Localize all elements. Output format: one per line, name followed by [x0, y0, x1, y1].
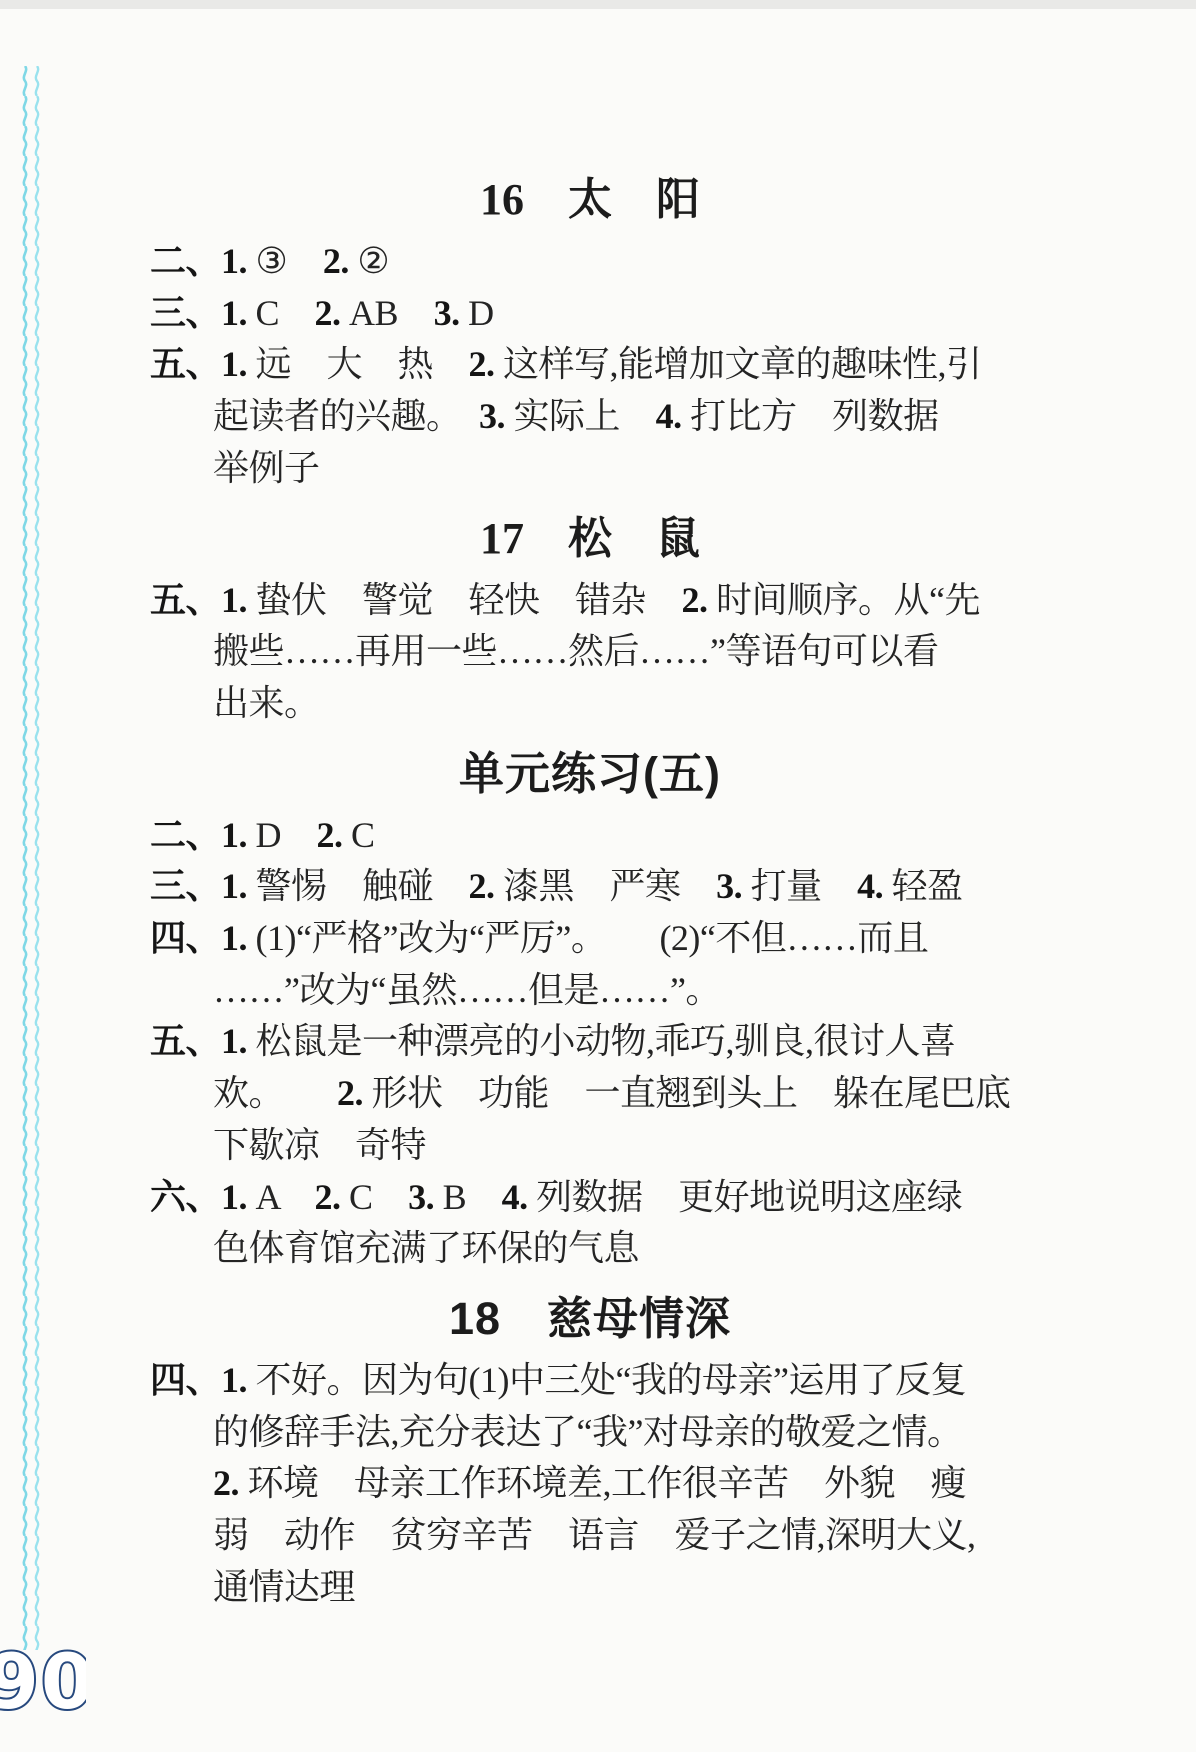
answer-line: 色体育馆充满了环保的气息: [150, 1223, 1080, 1275]
answer-label: 4.: [502, 1177, 537, 1217]
answer-label: 2.: [337, 1073, 372, 1113]
answer-text: [466, 1177, 502, 1217]
answer-label: 1.: [221, 580, 256, 620]
answer-text: A: [256, 1177, 280, 1217]
answer-text: [646, 580, 682, 620]
answer-label: 1.: [221, 815, 256, 855]
answer-text: 实际上: [514, 396, 621, 436]
answer-text: 通情达理: [213, 1567, 355, 1607]
answer-label: 五、: [150, 344, 221, 384]
answer-text: ③: [256, 241, 288, 281]
answer-line: 四、1. 不好。因为句(1)中三处“我的母亲”运用了反复: [150, 1355, 1080, 1407]
answer-text: 松鼠是一种漂亮的小动物,乖巧,驯良,很讨人喜: [256, 1021, 956, 1061]
answer-line: 三、1. 警惕 触碰 2. 漆黑 严寒 3. 打量 4. 轻盈: [150, 861, 1080, 913]
answer-line: 五、1. 蛰伏 警觉 轻快 错杂 2. 时间顺序。从“先: [150, 575, 1080, 627]
answer-text: D: [256, 815, 282, 855]
answer-label: 2.: [213, 1463, 248, 1503]
answer-text: [620, 396, 656, 436]
answer-text: [266, 1073, 337, 1113]
answer-section: 18 慈母情深四、1. 不好。因为句(1)中三处“我的母亲”运用了反复的修辞手法…: [150, 1289, 1080, 1614]
answer-text: 欢。: [213, 1073, 266, 1113]
answer-label: 五、: [150, 580, 221, 620]
answer-label: 2.: [317, 815, 352, 855]
answer-line: 四、1. (1)“严格”改为“严厉”。 (2)“不但……而且: [150, 913, 1080, 965]
answer-text: 时间顺序。从“先: [716, 580, 980, 620]
answer-line: 弱 动作 贫穷辛苦 语言 爱子之情,深明大义,: [150, 1510, 1080, 1562]
answer-line: 的修辞手法,充分表达了“我”对母亲的敬爱之情。: [150, 1407, 1080, 1459]
answer-text: [433, 866, 469, 906]
lesson-title: 16 太 阳: [100, 170, 1080, 230]
answer-line: 通情达理: [150, 1562, 1080, 1614]
answer-line: 二、1. ③ 2. ②: [150, 236, 1080, 288]
answer-text: 环境 母亲工作环境差,工作很辛苦 外貌 瘦: [248, 1463, 967, 1503]
answer-text: [281, 815, 317, 855]
answer-label: 六、: [150, 1177, 221, 1217]
answer-text: 形状 功能 一直翘到头上 躲在尾巴底: [372, 1073, 1011, 1113]
page-top-edge-shadow: [0, 0, 1196, 9]
answer-text: 起读者的兴趣。: [213, 396, 444, 436]
answer-text: [279, 293, 315, 333]
answer-text: 打量: [751, 866, 822, 906]
answer-text: 远 大 热: [256, 344, 434, 384]
answer-text: 下歇凉 奇特: [213, 1125, 426, 1165]
answer-label: 1.: [221, 344, 256, 384]
answer-label: 4.: [857, 866, 892, 906]
answer-section: 17 松 鼠五、1. 蛰伏 警觉 轻快 错杂 2. 时间顺序。从“先搬些……再用…: [150, 509, 1080, 730]
answer-text: AB: [349, 293, 398, 333]
answer-line: 五、1. 远 大 热 2. 这样写,能增加文章的趣味性,引: [150, 339, 1080, 391]
answer-label: 1.: [221, 1177, 256, 1217]
answer-text: 不好。因为句(1)中三处“我的母亲”运用了反复: [256, 1360, 966, 1400]
answer-label: 4.: [656, 396, 691, 436]
answer-label: 1.: [221, 1360, 256, 1400]
answer-label: 1.: [221, 293, 256, 333]
answer-label: 2.: [323, 241, 358, 281]
answer-text: 这样写,能增加文章的趣味性,引: [503, 344, 982, 384]
answer-text: [822, 866, 858, 906]
answer-text: D: [468, 293, 494, 333]
answer-text: 举例子: [213, 448, 320, 488]
answer-text: 漆黑 严寒: [503, 866, 681, 906]
answer-text: [398, 293, 434, 333]
answer-section: 16 太 阳二、1. ③ 2. ②三、1. C 2. AB 3. D五、1. 远…: [150, 170, 1080, 495]
answer-text: C: [351, 815, 375, 855]
answer-line: 起读者的兴趣。 3. 实际上 4. 打比方 列数据: [150, 391, 1080, 443]
answer-label: 三、: [150, 866, 221, 906]
answer-line: 2. 环境 母亲工作环境差,工作很辛苦 外貌 瘦: [150, 1458, 1080, 1510]
answer-label: 1.: [221, 241, 256, 281]
answer-text: (1)“严格”改为“严厉”。: [256, 918, 589, 958]
page-number: 90: [0, 1642, 86, 1726]
lesson-title: 18 慈母情深: [100, 1289, 1080, 1349]
answer-text: 的修辞手法,充分表达了“我”对母亲的敬爱之情。: [213, 1412, 962, 1452]
answer-line: 举例子: [150, 443, 1080, 495]
answer-label: 三、: [150, 293, 221, 333]
answer-text: B: [443, 1177, 467, 1217]
page-number-badge: 90: [0, 1642, 86, 1726]
answer-text: [681, 866, 717, 906]
answer-label: 3.: [716, 866, 751, 906]
wavy-border-decoration: [16, 66, 50, 1650]
answer-section: 单元练习(五)二、1. D 2. C三、1. 警惕 触碰 2. 漆黑 严寒 3.…: [150, 744, 1080, 1275]
answer-line: 搬些……再用一些……然后……”等语句可以看: [150, 626, 1080, 678]
answer-label: 2.: [315, 293, 350, 333]
answer-label: 五、: [150, 1021, 221, 1061]
answer-label: 3.: [479, 396, 514, 436]
answer-label: 二、: [150, 815, 221, 855]
answer-text: 打比方 列数据: [690, 396, 939, 436]
answer-label: 3.: [434, 293, 469, 333]
answer-text: 警惕 触碰: [256, 866, 434, 906]
answer-line: 二、1. D 2. C: [150, 810, 1080, 862]
answer-line: 三、1. C 2. AB 3. D: [150, 288, 1080, 340]
answer-text: [588, 918, 659, 958]
answer-text: ②: [357, 241, 389, 281]
answer-text: ……”改为“虽然……但是……”。: [213, 970, 721, 1010]
answer-label: 四、: [150, 918, 221, 958]
scanned-answer-page: 16 太 阳二、1. ③ 2. ②三、1. C 2. AB 3. D五、1. 远…: [0, 0, 1196, 1752]
answer-text: 列数据 更好地说明这座绿: [536, 1177, 962, 1217]
answer-text: [444, 396, 480, 436]
answer-text: 弱 动作 贫穷辛苦 语言 爱子之情,深明大义,: [213, 1515, 976, 1555]
answer-text: 色体育馆充满了环保的气息: [213, 1228, 639, 1268]
answer-label: 2.: [469, 866, 504, 906]
lesson-title: 17 松 鼠: [100, 509, 1080, 569]
answer-label: 四、: [150, 1360, 221, 1400]
answer-text: 轻盈: [892, 866, 963, 906]
answer-line: 六、1. A 2. C 3. B 4. 列数据 更好地说明这座绿: [150, 1172, 1080, 1224]
answer-text: C: [349, 1177, 373, 1217]
answer-text: 蛰伏 警觉 轻快 错杂: [256, 580, 647, 620]
answer-label: 1.: [221, 866, 256, 906]
answer-line: 欢。 2. 形状 功能 一直翘到头上 躲在尾巴底: [150, 1068, 1080, 1120]
answer-label: 1.: [221, 918, 256, 958]
answer-label: 2.: [469, 344, 504, 384]
lesson-title: 单元练习(五): [100, 744, 1080, 804]
answer-text: [287, 241, 323, 281]
answer-label: 1.: [221, 1021, 256, 1061]
answer-text: [279, 1177, 315, 1217]
answer-label: 2.: [682, 580, 717, 620]
answer-text: (2)“不但……而且: [659, 918, 928, 958]
answer-text: C: [256, 293, 280, 333]
answer-text: [373, 1177, 409, 1217]
answer-text: [433, 344, 469, 384]
answer-line: 五、1. 松鼠是一种漂亮的小动物,乖巧,驯良,很讨人喜: [150, 1016, 1080, 1068]
answer-label: 2.: [315, 1177, 350, 1217]
answer-label: 二、: [150, 241, 221, 281]
answer-text: 出来。: [213, 683, 320, 723]
answer-line: 下歇凉 奇特: [150, 1120, 1080, 1172]
answer-text: 搬些……再用一些……然后……”等语句可以看: [213, 631, 938, 671]
answer-line: ……”改为“虽然……但是……”。: [150, 965, 1080, 1017]
answers-content: 16 太 阳二、1. ③ 2. ②三、1. C 2. AB 3. D五、1. 远…: [150, 170, 1080, 1613]
answer-line: 出来。: [150, 678, 1080, 730]
answer-label: 3.: [408, 1177, 443, 1217]
